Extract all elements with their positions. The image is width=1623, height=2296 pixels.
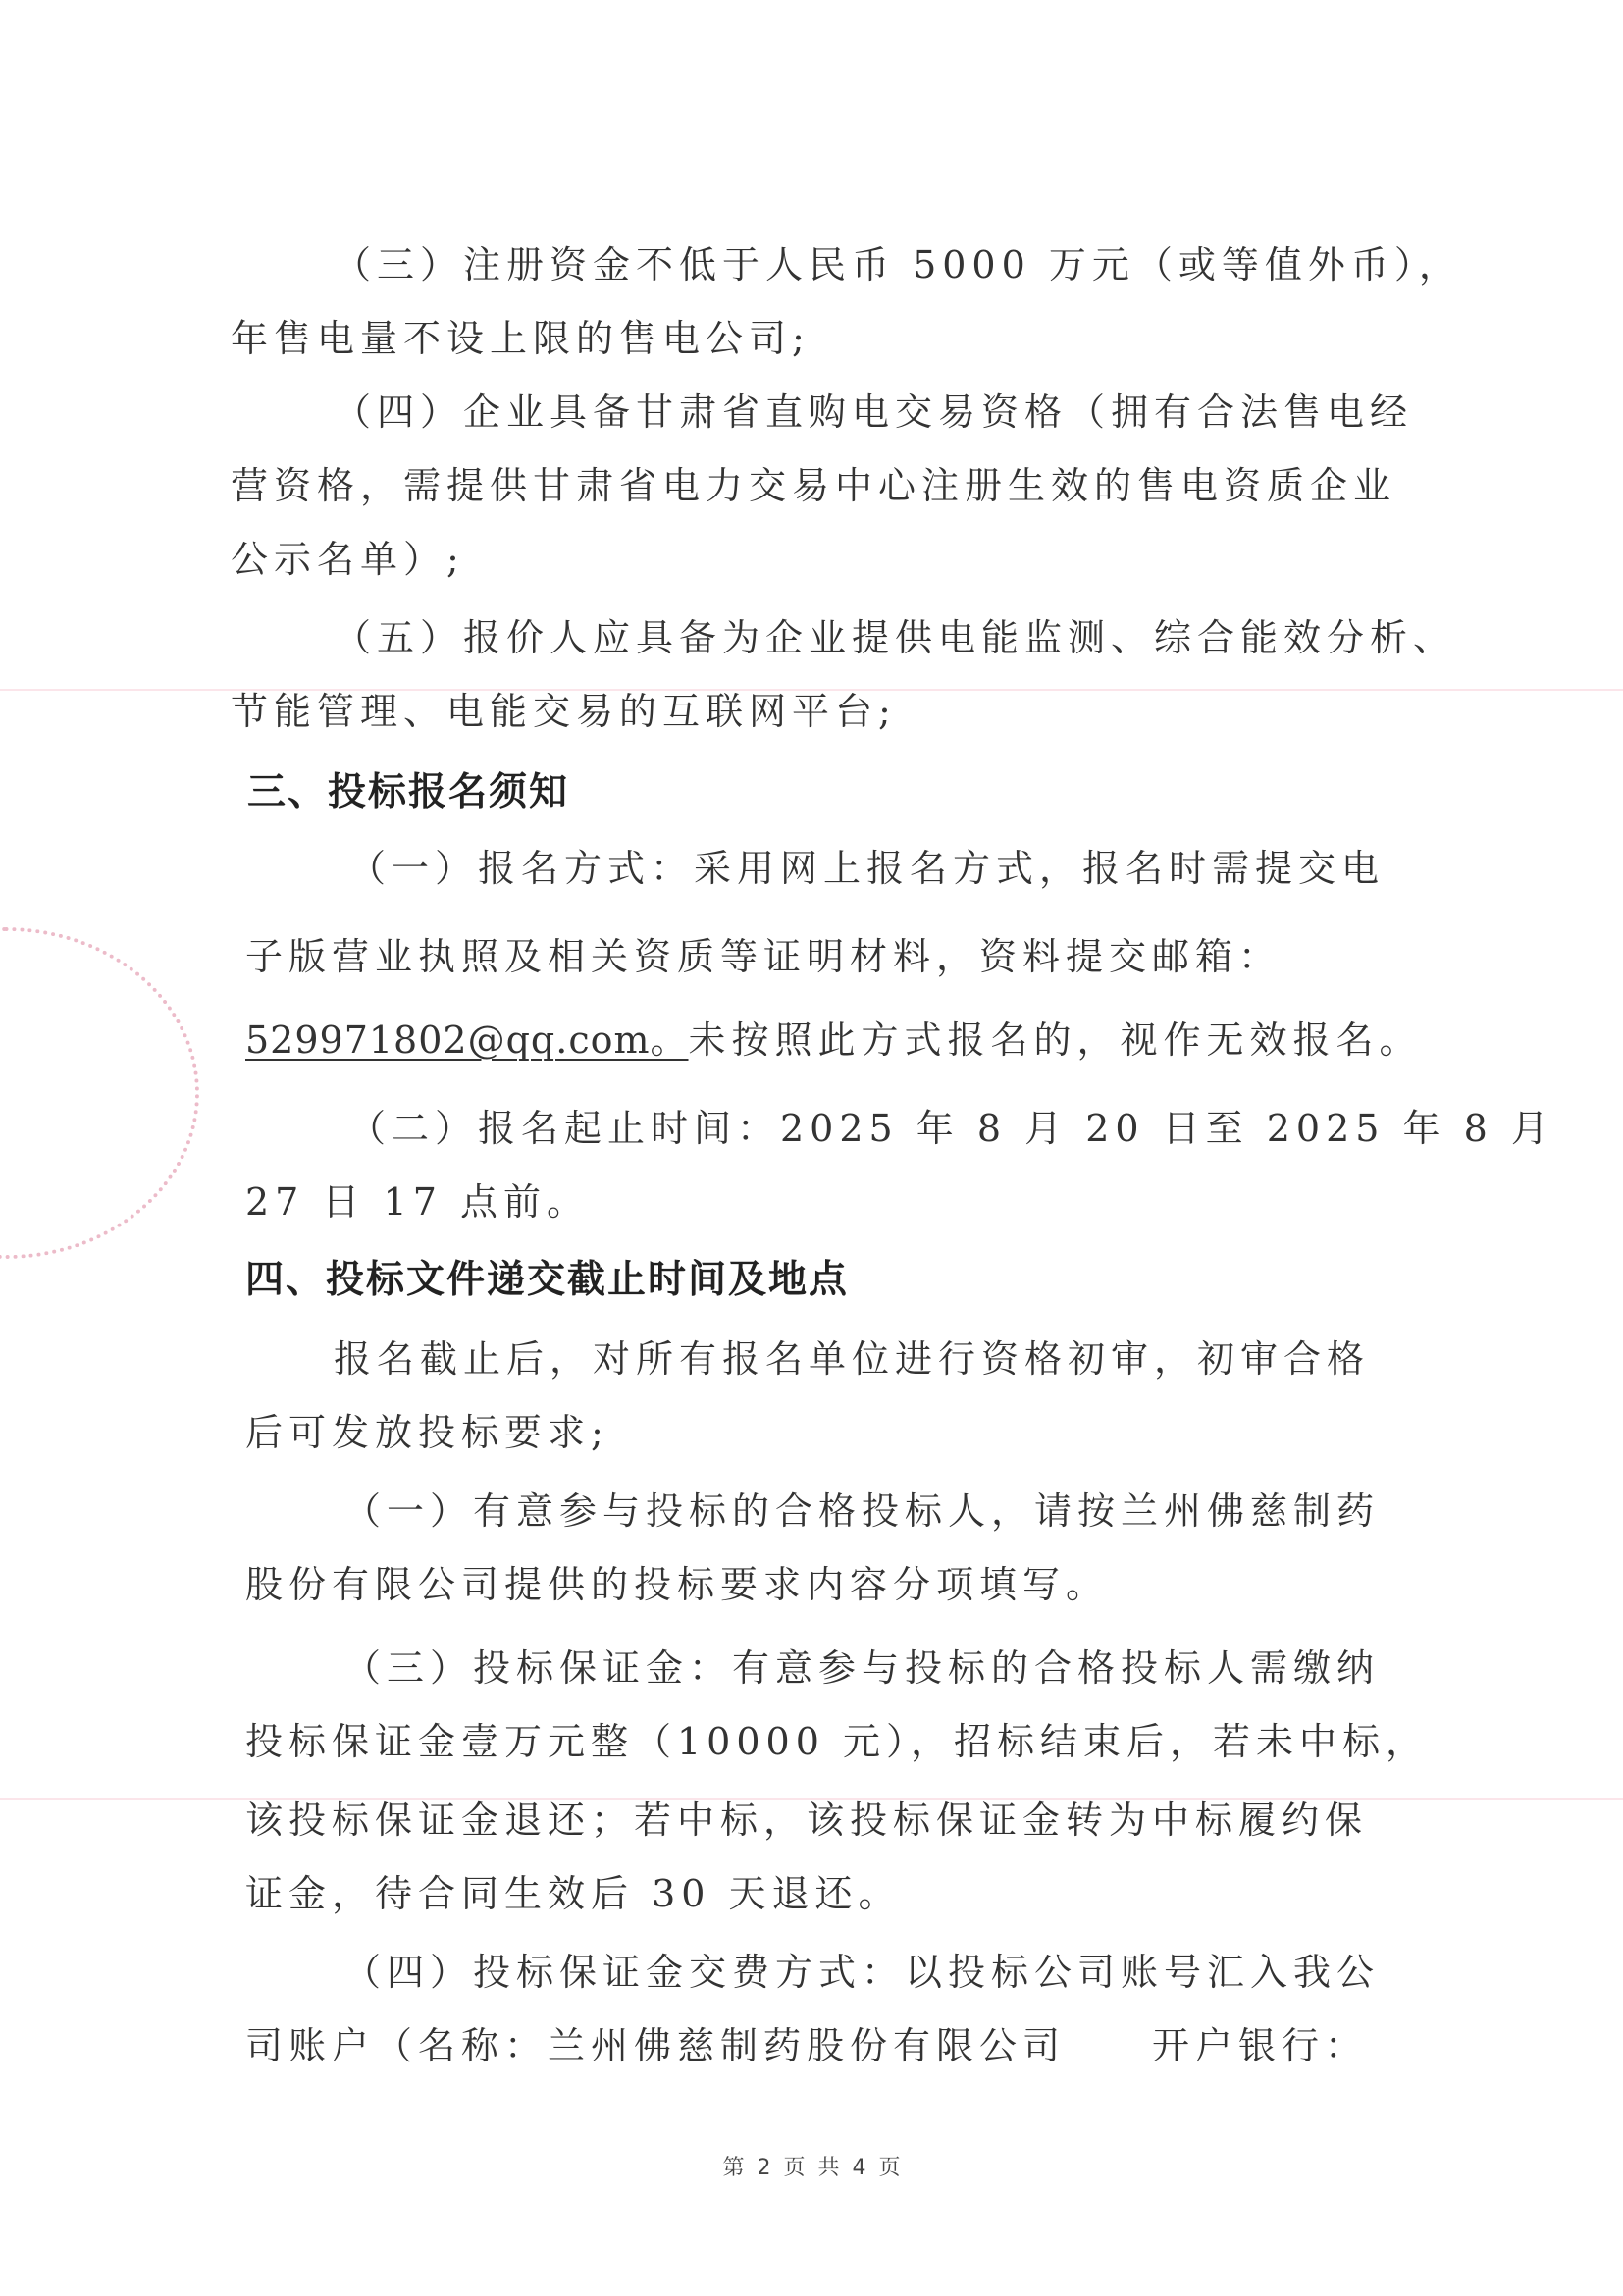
paragraph-line: （五）报价人应具备为企业提供电能监测、综合能效分析、 xyxy=(334,614,1456,661)
paragraph-line: （一）有意参与投标的合格投标人，请按兰州佛慈制药 xyxy=(343,1487,1380,1535)
paragraph-line: （三）投标保证金：有意参与投标的合格投标人需缴纳 xyxy=(343,1644,1380,1692)
email-line: 529971802@qq.com。未按照此方式报名的，视作无效报名。 xyxy=(245,1017,1423,1064)
paragraph-line: （三）注册资金不低于人民币 5000 万元（或等值外币）， xyxy=(334,241,1462,288)
email-line-text: 未按照此方式报名的，视作无效报名。 xyxy=(689,1018,1423,1062)
paragraph-line: 股份有限公司提供的投标要求内容分项填写。 xyxy=(245,1561,1109,1608)
paragraph-line: （二）报名起止时间：2025 年 8 月 20 日至 2025 年 8 月 xyxy=(348,1105,1554,1152)
paragraph-line: 营资格，需提供甘肃省电力交易中心注册生效的售电资质企业 xyxy=(231,462,1396,509)
paragraph-line: （四）企业具备甘肃省直购电交易资格（拥有合法售电经 xyxy=(334,389,1413,436)
paragraph-line: 该投标保证金退还；若中标，该投标保证金转为中标履约保 xyxy=(245,1797,1368,1844)
paragraph-line: 年售电量不设上限的售电公司; xyxy=(231,315,811,362)
red-seal-stamp xyxy=(0,927,199,1259)
paragraph-line: 27 日 17 点前。 xyxy=(245,1178,590,1226)
paragraph-line: 公示名单）; xyxy=(231,536,465,583)
paragraph-line: 节能管理、电能交易的互联网平台; xyxy=(231,688,897,735)
paragraph-line: 子版营业执照及相关资质等证明材料，资料提交邮箱： xyxy=(245,933,1282,980)
page-number-footer: 第 2 页 共 4 页 xyxy=(0,2151,1623,2181)
paragraph-line: （四）投标保证金交费方式：以投标公司账号汇入我公 xyxy=(343,1949,1380,1996)
paragraph-line: 投标保证金壹万元整（10000 元），招标结束后，若未中标， xyxy=(245,1718,1429,1765)
paragraph-line: 证金，待合同生效后 30 天退还。 xyxy=(245,1870,902,1917)
paragraph-line: （一）报名方式：采用网上报名方式，报名时需提交电 xyxy=(348,845,1385,892)
paragraph-line: 后可发放投标要求; xyxy=(245,1409,609,1456)
section-heading-3: 三、投标报名须知 xyxy=(247,769,569,816)
section-heading-4: 四、投标文件递交截止时间及地点 xyxy=(245,1257,849,1304)
paragraph-line: 报名截止后，对所有报名单位进行资格初审，初审合格 xyxy=(334,1335,1370,1383)
paragraph-line: 司账户（名称：兰州佛慈制药股份有限公司 开户银行： xyxy=(245,2022,1368,2069)
email-link[interactable]: 529971802@qq.com。 xyxy=(245,1018,689,1062)
